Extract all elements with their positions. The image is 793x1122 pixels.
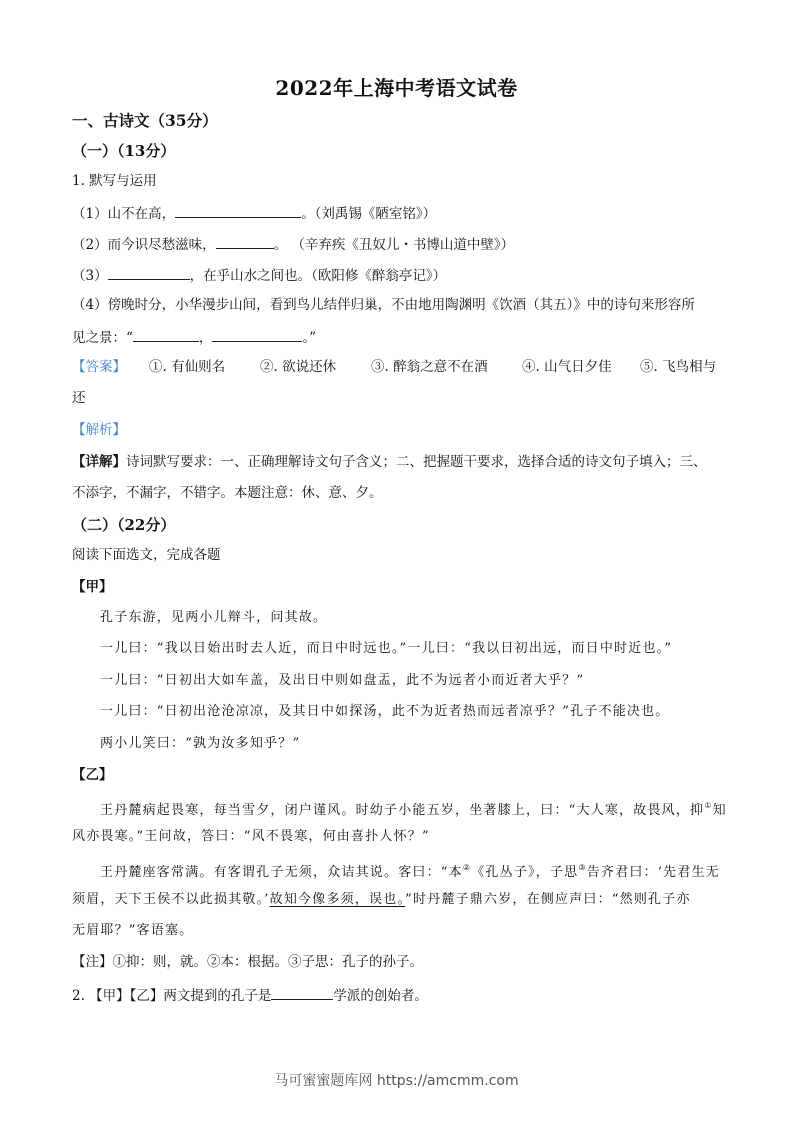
answer-row: 【答案】 ①. 有仙则名 ②. 欲说还休 ③. 醉翁之意不在酒 ④. 山气日夕佳… (72, 358, 722, 376)
item-source: ，在乎山水之间也。（欧阳修《醉翁亭记》） (190, 268, 447, 284)
item-source: 。（刘禹锡《陋室铭》） (301, 206, 436, 222)
fill-blank (108, 265, 190, 280)
passage-text: ”时丹麓子鼎六岁，在侧应声曰：“然则孔子亦 (405, 892, 691, 907)
passage-yi-line: 王丹麓病起畏寒，每当雪夕，闭户谨风。时幼子小能五岁，坐著膝上，曰：“大人寒，故畏… (100, 797, 727, 820)
part1-heading: （一）（13分） (72, 140, 175, 161)
answer-wrap: 还 (72, 389, 86, 407)
answer-label: 【答案】 (72, 359, 126, 375)
footnote-marker: ② (463, 863, 471, 872)
detail-text: 诗词默写要求：一、正确理解诗文句子含义；二、把握题干要求，选择合适的诗文句子填入… (126, 454, 707, 470)
passage-yi-line: 须眉，天下王侯不以此损其敬。’故知今像多须，误也。”时丹麓子鼎六岁，在侧应声曰：… (72, 891, 691, 909)
passage-jia-line: 一儿曰：“我以日始出时去人近，而日中时远也。”一儿曰：“我以日初出远，而日中时近… (100, 640, 672, 658)
answer-item: ⑤. 飞鸟相与 (640, 358, 716, 376)
question-2: 2. 【甲】【乙】两文提到的孔子是学派的创始者。 (72, 985, 428, 1005)
passage-text: 《孔丛子》，子思 (471, 865, 578, 880)
footer-watermark: 马可蜜蜜题库网 https://amcmm.com (0, 1070, 793, 1090)
answer-item: ②. 欲说还休 (260, 358, 336, 376)
passage-jia-line: 一儿曰：“日初出大如车盖，及出日中则如盘盂，此不为远者小而近者大乎？” (100, 672, 584, 690)
fill-blank (175, 203, 301, 218)
answer-item: ④. 山气日夕佳 (522, 358, 612, 376)
passage-text: 王丹麓病起畏寒，每当雪夕，闭户谨风。时幼子小能五岁，坐著膝上，曰：“大人寒，故畏… (100, 803, 704, 818)
passage-text: 知 (713, 803, 727, 818)
passage-yi-line: 无眉耶？”客语塞。 (72, 922, 193, 940)
detail-line-1: 【详解】诗词默写要求：一、正确理解诗文句子含义；二、把握题干要求，选择合适的诗文… (72, 453, 707, 471)
fill-blank (271, 985, 333, 1000)
question-1-item-2: （2）而今识尽愁滋味，。 （辛弃疾《丑奴儿・书博山道中壁》） (72, 234, 514, 254)
item-text: （1）山不在高， (72, 206, 175, 222)
annotation-note: 【注】①抑：则，就。②本：根据。③子思：孔子的孙子。 (72, 953, 423, 971)
analysis-label: 【解析】 (72, 421, 126, 439)
detail-label: 【详解】 (72, 454, 126, 470)
item-source: 。 （辛弃疾《丑奴儿・书博山道中壁》） (274, 237, 515, 253)
passage-text: 须眉，天下王侯不以此损其敬。’ (72, 892, 270, 907)
question-1-item-3: （3），在乎山水之间也。（欧阳修《醉翁亭记》） (72, 265, 446, 285)
question-1-item-4-line2: 见之景：“，。” (72, 327, 316, 347)
passage-yi-label: 【乙】 (72, 766, 113, 784)
item-text: 见之景：“ (72, 330, 133, 346)
item-text: ， (199, 330, 213, 346)
question-text: 学派的创始者。 (333, 988, 428, 1004)
detail-line-2: 不添字，不漏字，不错字。本题注意：休、意、夕。 (72, 484, 383, 502)
question-1-label: 1. 默写与运用 (72, 172, 157, 190)
passage-jia-line: 一儿曰：“日初出沧沧凉凉，及其日中如探汤，此不为近者热而远者凉乎？”孔子不能决也… (100, 703, 670, 721)
section-heading-classical-poetry: 一、古诗文（35分） (72, 109, 218, 131)
answer-item: ③. 醉翁之意不在酒 (371, 358, 488, 376)
exam-page: 2022年上海中考语文试卷 一、古诗文（35分） （一）（13分） 1. 默写与… (0, 0, 793, 1122)
question-text: 2. 【甲】【乙】两文提到的孔子是 (72, 988, 271, 1004)
item-text: 。” (302, 330, 316, 346)
part2-heading: （二）（22分） (72, 514, 175, 535)
item-text: （2）而今识尽愁滋味， (72, 237, 216, 253)
item-text: （3） (72, 268, 108, 284)
passage-text: 王丹麓座客常满。有客谓孔子无须，众诘其说。客曰：“本 (100, 865, 463, 880)
underlined-sentence: 故知今像多须，误也。 (270, 892, 406, 907)
passage-yi-line: 风亦畏寒。”王问故，答曰：“风不畏寒，何由喜扑人怀？” (72, 828, 430, 846)
passage-yi-line: 王丹麓座客常满。有客谓孔子无须，众诘其说。客曰：“本②《孔丛子》，子思③告齐君曰… (100, 859, 720, 882)
reading-instruction: 阅读下面选文，完成各题 (72, 546, 221, 564)
passage-jia-line: 孔子东游，见两小儿辩斗，问其故。 (100, 609, 327, 627)
fill-blank (212, 327, 302, 342)
document-title: 2022年上海中考语文试卷 (0, 72, 793, 101)
question-1-item-4: （4）傍晚时分，小华漫步山间，看到鸟儿结伴归巢，不由地用陶渊明《饮酒（其五）》中… (72, 296, 695, 314)
passage-jia-line: 两小儿笑曰：“孰为汝多知乎？” (100, 735, 300, 753)
answer-item: ①. 有仙则名 (149, 358, 225, 376)
fill-blank (133, 327, 199, 342)
footnote-marker: ③ (578, 863, 586, 872)
passage-jia-label: 【甲】 (72, 578, 113, 596)
question-1-item-1: （1）山不在高，。（刘禹锡《陋室铭》） (72, 203, 436, 223)
passage-text: 告齐君曰：‘先君生无 (587, 865, 720, 880)
footnote-marker: ① (704, 801, 712, 810)
fill-blank (216, 234, 274, 249)
